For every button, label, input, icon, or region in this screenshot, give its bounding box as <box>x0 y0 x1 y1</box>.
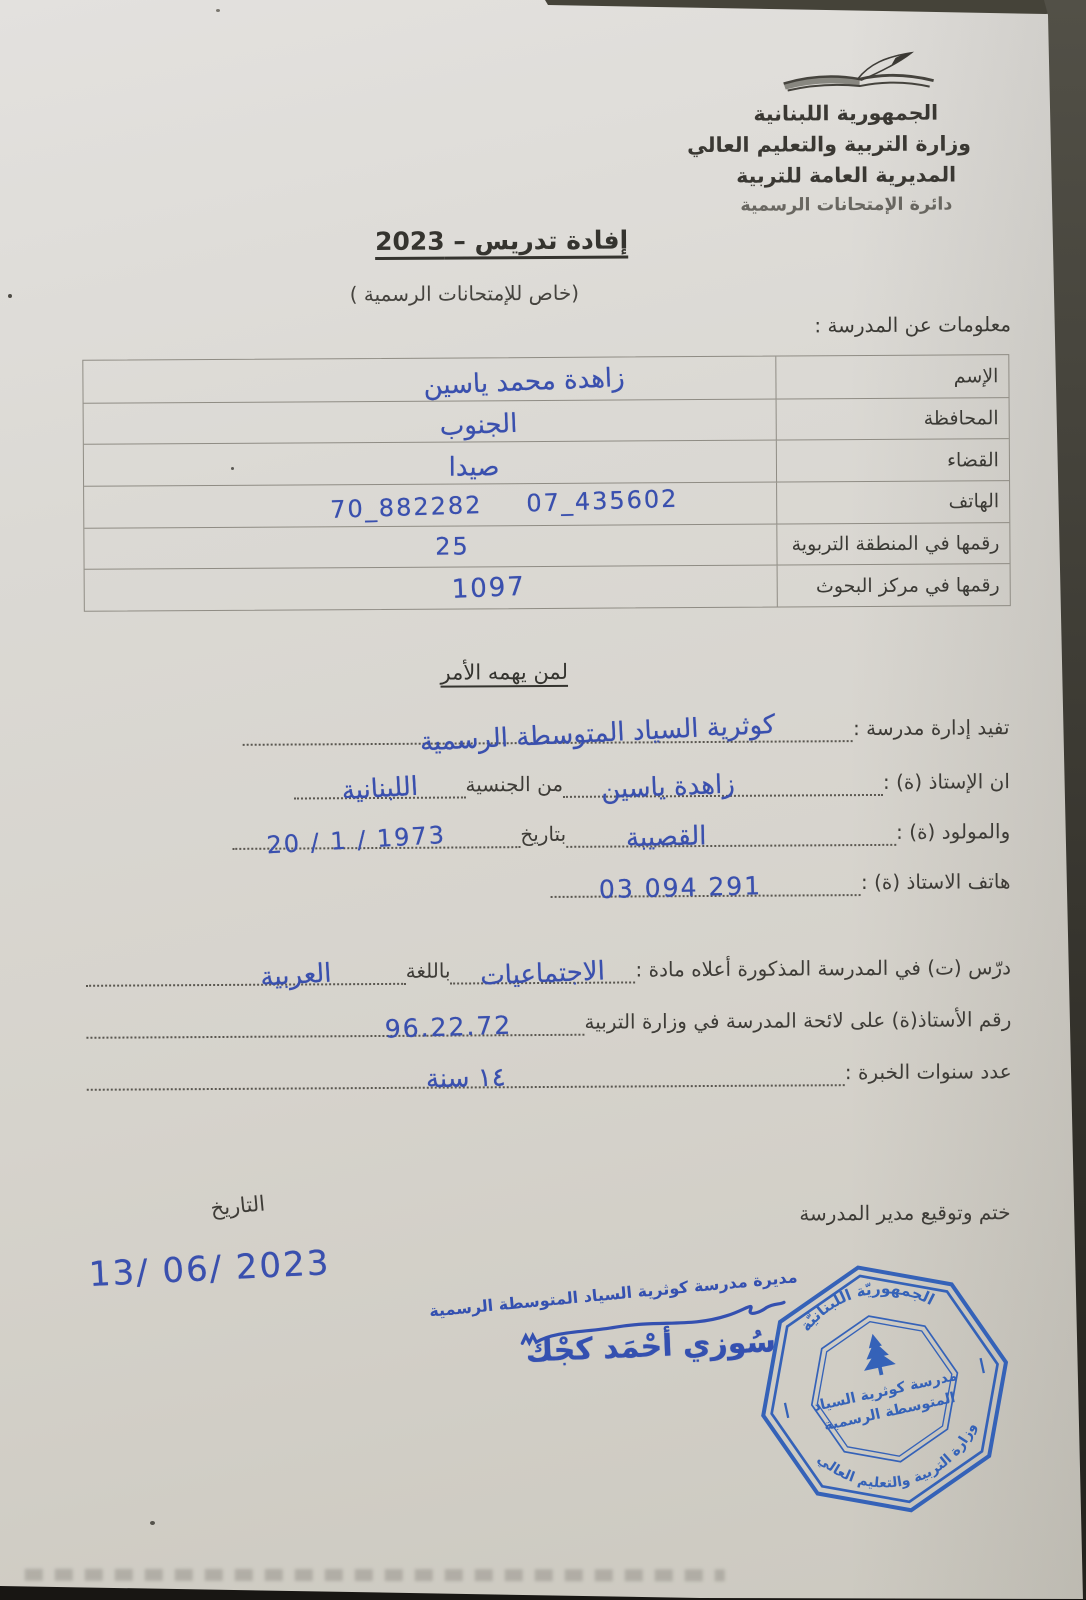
official-stamp: الجمهوريّة اللبنانيّة وزارة التربية والت… <box>731 1235 1038 1542</box>
handwritten-governorate: الجنوب <box>439 409 518 442</box>
row-value-cell: 25 <box>84 524 776 569</box>
phone-number-1: 70_882282 <box>330 491 483 524</box>
row-value-cell: 70_882282 07_435602 <box>84 483 776 528</box>
cedar-icon <box>857 1330 898 1378</box>
dotted-field: 20 / 1 / 1973 <box>232 812 520 850</box>
republic-line: الجمهورية اللبنانية <box>721 97 971 129</box>
handwritten-date: 13/ 06/ 2023 <box>88 1243 331 1295</box>
subject-label: درّس (ت) في المدرسة المذكورة أعلاه مادة … <box>635 955 1011 983</box>
teacher-phone-label: هاتف الاستاذ (ة) : <box>861 869 1011 896</box>
handwritten-research-number: 1097 <box>451 571 526 604</box>
row-label: الإسم <box>775 355 1008 398</box>
document-paper: الجمهورية اللبنانية وزارة التربية والتعل… <box>0 0 1086 1600</box>
handwritten-birthplace: القصيبة <box>501 818 832 856</box>
form-line-teacher: ان الإستاذ (ة) : زاهدة ياسين من الجنسية … <box>293 753 1010 799</box>
handwritten-birthdate: 20 / 1 / 1973 <box>212 818 501 863</box>
page-bleed-through <box>25 1569 725 1582</box>
handwritten-district: صيدا <box>448 452 499 482</box>
table-row-district-number: رقمها في المنطقة التربوية 25 <box>84 522 1009 569</box>
document-subtitle: (خاص للإمتحانات الرسمية ) <box>252 280 677 307</box>
dotted-field: اللبنانية <box>293 762 465 799</box>
handwritten-nationality: اللبنانية <box>293 769 466 809</box>
ministry-line: وزارة التربية والتعليم العالي <box>721 128 971 160</box>
row-label: المحافظة <box>776 398 1009 440</box>
row-value-cell: صيدا <box>84 441 776 486</box>
form-line-teacher-phone: هاتف الاستاذ (ة) : 03 094 291 <box>551 853 1011 898</box>
row-value-cell: الجنوب <box>84 399 776 444</box>
experience-label: عدد سنوات الخبرة : <box>845 1059 1012 1086</box>
form-line-subject: درّس (ت) في المدرسة المذكورة أعلاه مادة … <box>86 939 1011 987</box>
table-row-research-number: رقمها في مركز البحوث 1097 <box>85 563 1010 610</box>
directorate-line: المديرية العامة للتربية <box>721 159 971 191</box>
handwritten-school-name: زاهدة محمد ياسين <box>423 363 625 401</box>
scan-speck <box>216 9 220 12</box>
scanned-document-photo: الجمهورية اللبنانية وزارة التربية والتعل… <box>0 0 1086 1600</box>
table-row-governorate: المحافظة الجنوب <box>84 397 1009 444</box>
row-value-cell: 1097 <box>85 566 777 611</box>
row-label: الهاتف <box>776 481 1009 523</box>
dotted-field: العربية <box>86 949 406 987</box>
handwritten-experience: ١٤ سنة <box>86 1055 845 1103</box>
birthplace-label: والمولود (ة) : <box>896 819 1010 846</box>
to-whom-heading: لمن يهمه الأمر <box>329 659 679 685</box>
handwritten-phones: 70_882282 07_435602 <box>330 485 679 524</box>
government-header: الجمهورية اللبنانية وزارة التربية والتعل… <box>721 97 972 219</box>
form-line-birth: والمولود (ة) : القصيبة بتاريخ 20 / 1 / 1… <box>232 803 1010 850</box>
handwritten-district-number: 25 <box>435 532 470 560</box>
row-value-cell: زاهدة محمد ياسين <box>83 357 775 403</box>
document-content: الجمهورية اللبنانية وزارة التربية والتعل… <box>0 0 1086 1600</box>
form-line-registry: رقم الأستاذ(ة) على لائحة المدرسة في وزار… <box>86 991 1011 1039</box>
table-row-district: القضاء صيدا <box>84 438 1009 485</box>
dotted-field: 96.22.72 <box>86 1000 584 1039</box>
handwritten-registry-number: 96.22.72 <box>199 1005 698 1050</box>
stamp-signature-label: ختم وتوقيع مدير المدرسة <box>799 1200 1010 1225</box>
date-label: التاريخ <box>209 1191 266 1220</box>
row-label: رقمها في المنطقة التربوية <box>776 523 1009 565</box>
form-line-school: تفيد إدارة مدرسة : كوثرية السياد المتوسط… <box>243 699 1010 746</box>
document-title: إفادة تدريس – 2023 <box>296 225 706 257</box>
department-line: دائرة الإمتحانات الرسمية <box>721 192 971 220</box>
phone-number-2: 07_435602 <box>526 485 679 518</box>
ministry-logo-icon <box>777 52 945 103</box>
form-line-experience: عدد سنوات الخبرة : ١٤ سنة <box>87 1043 1012 1091</box>
dotted-field: القصيبة <box>566 810 896 848</box>
handwritten-subject: الاجتماعيات <box>450 955 636 993</box>
scan-speck <box>8 294 12 298</box>
table-row-name: الإسم زاهدة محمد ياسين <box>83 355 1008 402</box>
dotted-field: كوثرية السياد المتوسطة الرسمية <box>243 706 853 746</box>
school-info-table: الإسم زاهدة محمد ياسين المحافظة الجنوب ا… <box>82 354 1011 612</box>
scan-speck <box>150 1521 155 1525</box>
dotted-field: 03 094 291 <box>551 860 861 898</box>
scan-speck <box>231 467 234 470</box>
handwritten-language: العربية <box>135 951 456 1000</box>
dotted-field: ١٤ سنة <box>87 1050 845 1091</box>
dotted-field: زاهدة ياسين <box>563 760 883 798</box>
dotted-field: الاجتماعيات <box>450 947 635 984</box>
row-label: رقمها في مركز البحوث <box>777 564 1010 606</box>
row-label: القضاء <box>776 439 1009 481</box>
table-row-phone: الهاتف 70_882282 07_435602 <box>84 480 1009 527</box>
handwritten-teacher-phone: 03 094 291 <box>526 870 837 906</box>
school-info-heading: معلومات عن المدرسة : <box>814 312 1011 337</box>
teacher-label: ان الإستاذ (ة) : <box>883 769 1010 796</box>
